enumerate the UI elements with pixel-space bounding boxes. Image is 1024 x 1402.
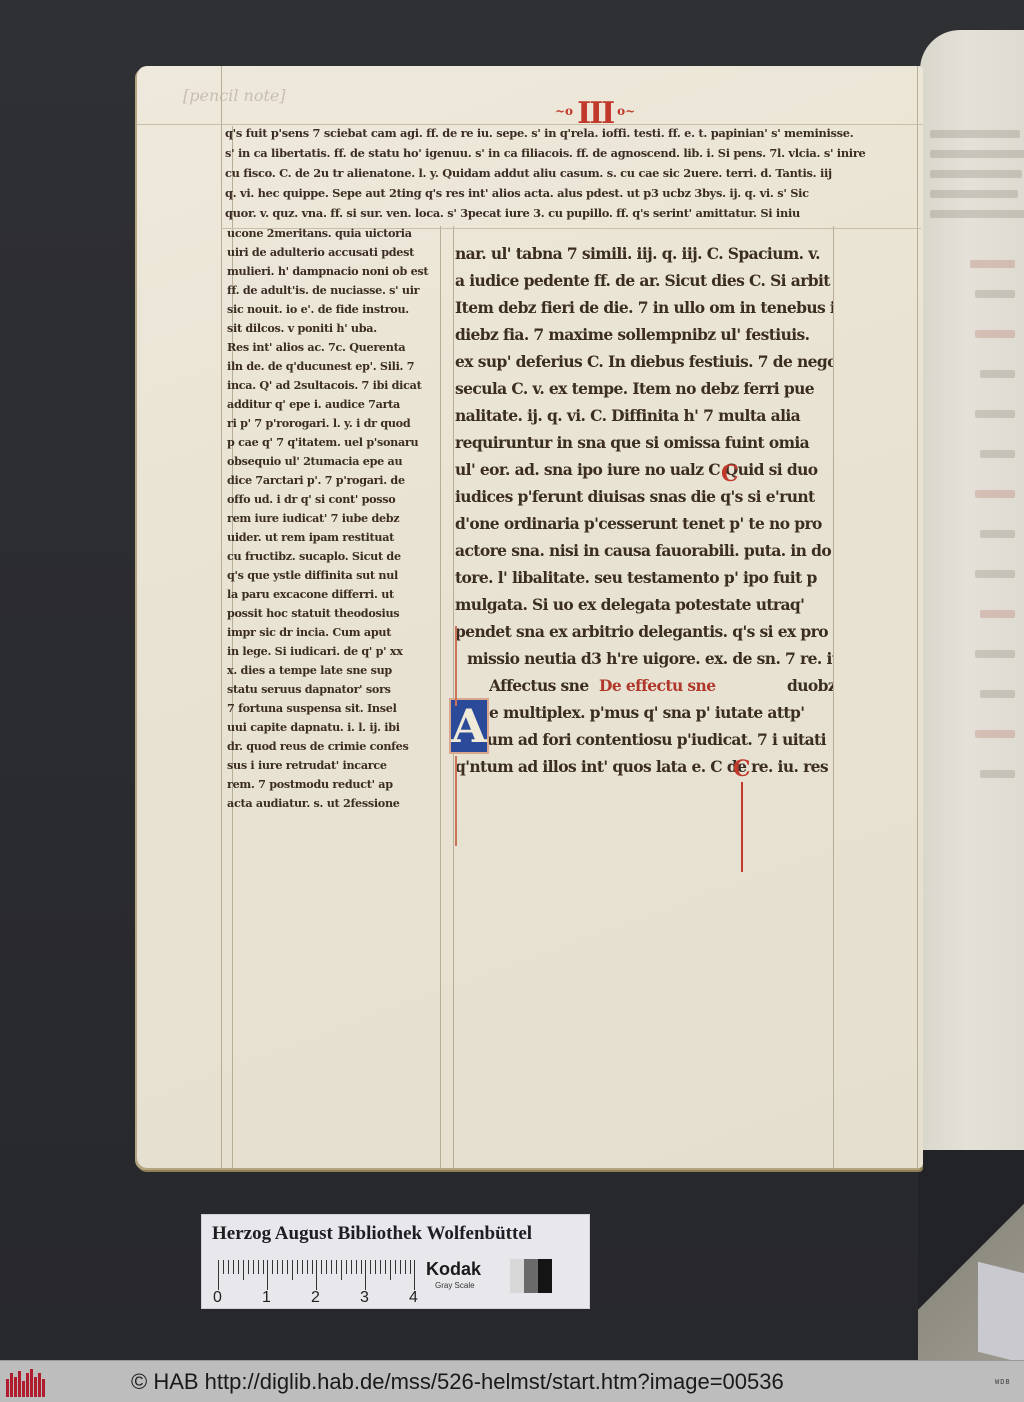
main-text-line: tore. l' libalitate. seu testamento p' i… — [455, 568, 833, 587]
main-text-line: Affectus sne — [489, 676, 599, 695]
pen-flourish — [741, 782, 743, 872]
image-viewport: [pencil note] III q's fuit p'sens 7 scie… — [0, 0, 1024, 1360]
gloss-line: obsequio ul' 2tumacia epe au — [227, 454, 439, 468]
gloss-line: sic nouit. io e'. de fide instrou. — [227, 302, 439, 316]
ghost-text-line — [980, 450, 1015, 458]
ghost-text-line — [930, 130, 1020, 138]
ruler-label: 3 — [360, 1289, 369, 1307]
ruling-line — [440, 226, 441, 1168]
main-text-line: diebz fia. 7 maxime sollempnibz ul' fest… — [455, 325, 833, 344]
pen-flourish — [455, 756, 457, 846]
ruling-line — [833, 226, 834, 1168]
ghost-text-line — [980, 610, 1015, 618]
pencil-shelfmark: [pencil note] — [183, 86, 286, 105]
rubric-heading: De effectu sne — [599, 676, 779, 695]
main-text-line: requiruntur in sna que si omissa fuint o… — [455, 433, 833, 452]
ruler-scale — [218, 1260, 414, 1290]
rubric-continuation: duobz — [787, 676, 833, 695]
gloss-line: additur q' epe i. audice 7arta — [227, 397, 439, 411]
ruling-line — [137, 124, 923, 125]
gloss-line: acta audiatur. s. ut 2fessione — [227, 796, 439, 810]
main-text-line: mulgata. Si uo ex delegata potestate utr… — [455, 595, 833, 614]
main-text-line: nar. ul' tabna 7 simili. iij. q. iij. C.… — [455, 244, 833, 263]
main-text-line: actore sna. nisi in causa fauorabili. pu… — [455, 541, 833, 560]
gloss-line: uiri de adulterio accusati pdest — [227, 245, 439, 259]
ruling-line — [917, 66, 918, 1168]
gloss-line: ucone 2meritans. quia uictoria — [227, 226, 439, 240]
gloss-line: ri p' 7 p'rorogari. l. y. i dr quod — [227, 416, 439, 430]
main-text-line: ul' eor. ad. sna ipo iure no ualz C Quid… — [455, 460, 833, 479]
ghost-text-line — [930, 150, 1024, 158]
gloss-line: cu fructibz. sucaplo. Sicut de — [227, 549, 439, 563]
gloss-line: s' in ca libertatis. ff. de statu ho' ig… — [225, 146, 925, 160]
gloss-line: sit dilcos. v poniti h' uba. — [227, 321, 439, 335]
gloss-line: uider. ut rem ipam restituat — [227, 530, 439, 544]
ruler-label: 0 — [213, 1289, 222, 1307]
ruler-labels: 0 1 2 3 4 — [210, 1289, 430, 1305]
main-text-line: nalitate. ij. q. vi. C. Diffinita h' 7 m… — [455, 406, 833, 425]
main-text-line: e multiplex. p'mus q' sna p' iutate attp… — [489, 703, 833, 722]
ghost-text-line — [980, 770, 1015, 778]
wdb-mark: WDB — [995, 1378, 1011, 1386]
ghost-text-line — [975, 570, 1015, 578]
main-text-line: secula C. v. ex tempe. Item no debz ferr… — [455, 379, 833, 398]
gloss-line: 7 fortuna suspensa sit. Insel — [227, 701, 439, 715]
gloss-line: q's fuit p'sens 7 sciebat cam agi. ff. d… — [225, 126, 925, 140]
main-text-line: a iudice pedente ff. de ar. Sicut dies C… — [455, 271, 833, 290]
hab-logo-icon[interactable] — [6, 1369, 46, 1397]
gloss-line: rem. 7 postmodu reduct' ap — [227, 777, 439, 791]
main-text-line: Item debz fieri de die. 7 in ullo om in … — [455, 298, 833, 317]
gloss-line: Res int' alios ac. 7c. Querenta — [227, 340, 439, 354]
ruling-line — [221, 66, 222, 1168]
main-text-line: pendet sna ex arbitrio delegantis. q's s… — [455, 622, 833, 641]
gloss-line: offo ud. i dr q' si cont' posso — [227, 492, 439, 506]
ghost-text-line — [975, 330, 1015, 338]
gloss-line: possit hoc statuit theodosius — [227, 606, 439, 620]
ghost-text-line — [975, 410, 1015, 418]
red-initial-C: C — [721, 461, 739, 487]
copyright-url[interactable]: © HAB http://diglib.hab.de/mss/526-helms… — [131, 1369, 784, 1395]
ghost-text-line — [980, 690, 1015, 698]
grayscale-label: Gray Scale — [435, 1281, 475, 1290]
gray-swatch-light — [510, 1259, 524, 1293]
main-text-line: missio neutia d3 h're uigore. ex. de sn.… — [467, 649, 833, 668]
gray-swatch-dark — [538, 1259, 552, 1293]
viewer-footer: © HAB http://diglib.hab.de/mss/526-helms… — [0, 1360, 1024, 1402]
ghost-text-line — [970, 260, 1015, 268]
gloss-line: p cae q' 7 q'itatem. uel p'sonaru — [227, 435, 439, 449]
ghost-text-line — [975, 730, 1015, 738]
ruler-label: 4 — [409, 1289, 418, 1307]
blue-initial-A: A — [449, 698, 489, 754]
main-text-line: d'one ordinaria p'cesserunt tenet p' te … — [455, 514, 833, 533]
ghost-text-line — [930, 210, 1024, 218]
ruler-label: 1 — [262, 1289, 271, 1307]
ghost-text-line — [980, 370, 1015, 378]
grayscale-patch — [510, 1259, 552, 1293]
main-text-line: q'ntum ad fori contentiosu p'iudicat. 7 … — [455, 730, 833, 749]
ruling-line — [453, 226, 454, 1168]
ghost-text-line — [975, 490, 1015, 498]
color-target-card: Herzog August Bibliothek Wolfenbüttel — [201, 1214, 590, 1309]
spine-label — [978, 1262, 1024, 1360]
gloss-line: inca. Q' ad 2sultacois. 7 ibi dicat — [227, 378, 439, 392]
gloss-line: x. dies a tempe late sne sup — [227, 663, 439, 677]
gloss-line: ff. de adult'is. de nuciasse. s' uir — [227, 283, 439, 297]
ghost-text-line — [930, 170, 1022, 178]
main-text-line: iudices p'ferunt diuisas snas die q's si… — [455, 487, 833, 506]
ghost-text-line — [975, 650, 1015, 658]
main-text-line: ex sup' deferius C. In diebus festiuis. … — [455, 352, 833, 371]
gloss-line: q's que ystle diffinita sut nul — [227, 568, 439, 582]
gloss-line: uui capite dapnatu. i. l. ij. ibi — [227, 720, 439, 734]
gloss-line: iln de. de q'ducunest ep'. Sili. 7 — [227, 359, 439, 373]
gloss-line: sus i iure retrudat' incarce — [227, 758, 439, 772]
gloss-line: mulieri. h' dampnacio noni ob est — [227, 264, 439, 278]
ruler-label: 2 — [311, 1289, 320, 1307]
gloss-line: la paru excacone differri. ut — [227, 587, 439, 601]
gloss-line: cu fisco. C. de 2u tr alienatone. l. y. … — [225, 166, 925, 180]
pen-flourish — [455, 626, 457, 706]
gloss-line: dice 7arctari p'. 7 p'rogari. de — [227, 473, 439, 487]
facing-page — [920, 30, 1024, 1160]
red-initial-C: C — [733, 756, 751, 782]
gloss-line: in lege. Si iudicari. de q' p' xx — [227, 644, 439, 658]
gloss-line: statu seruus dapnator' sors — [227, 682, 439, 696]
gloss-line: rem iure iudicat' 7 iube debz — [227, 511, 439, 525]
kodak-logo: Kodak — [426, 1259, 481, 1280]
ghost-text-line — [930, 190, 1018, 198]
gray-swatch-mid — [524, 1259, 538, 1293]
library-name: Herzog August Bibliothek Wolfenbüttel — [212, 1223, 532, 1245]
gloss-line: dr. quod reus de crimie confes — [227, 739, 439, 753]
gloss-line: q. vi. hec quippe. Sepe aut 2ting q's re… — [225, 186, 925, 200]
main-text-line: q'ntum ad illos int' quos lata e. C de r… — [455, 757, 833, 776]
ghost-text-line — [975, 290, 1015, 298]
gloss-line: impr sic dr incia. Cum aput — [227, 625, 439, 639]
manuscript-folio: [pencil note] III q's fuit p'sens 7 scie… — [137, 66, 923, 1168]
ghost-text-line — [980, 530, 1015, 538]
gloss-line: quor. v. quz. vna. ff. si sur. ven. loca… — [225, 206, 925, 220]
